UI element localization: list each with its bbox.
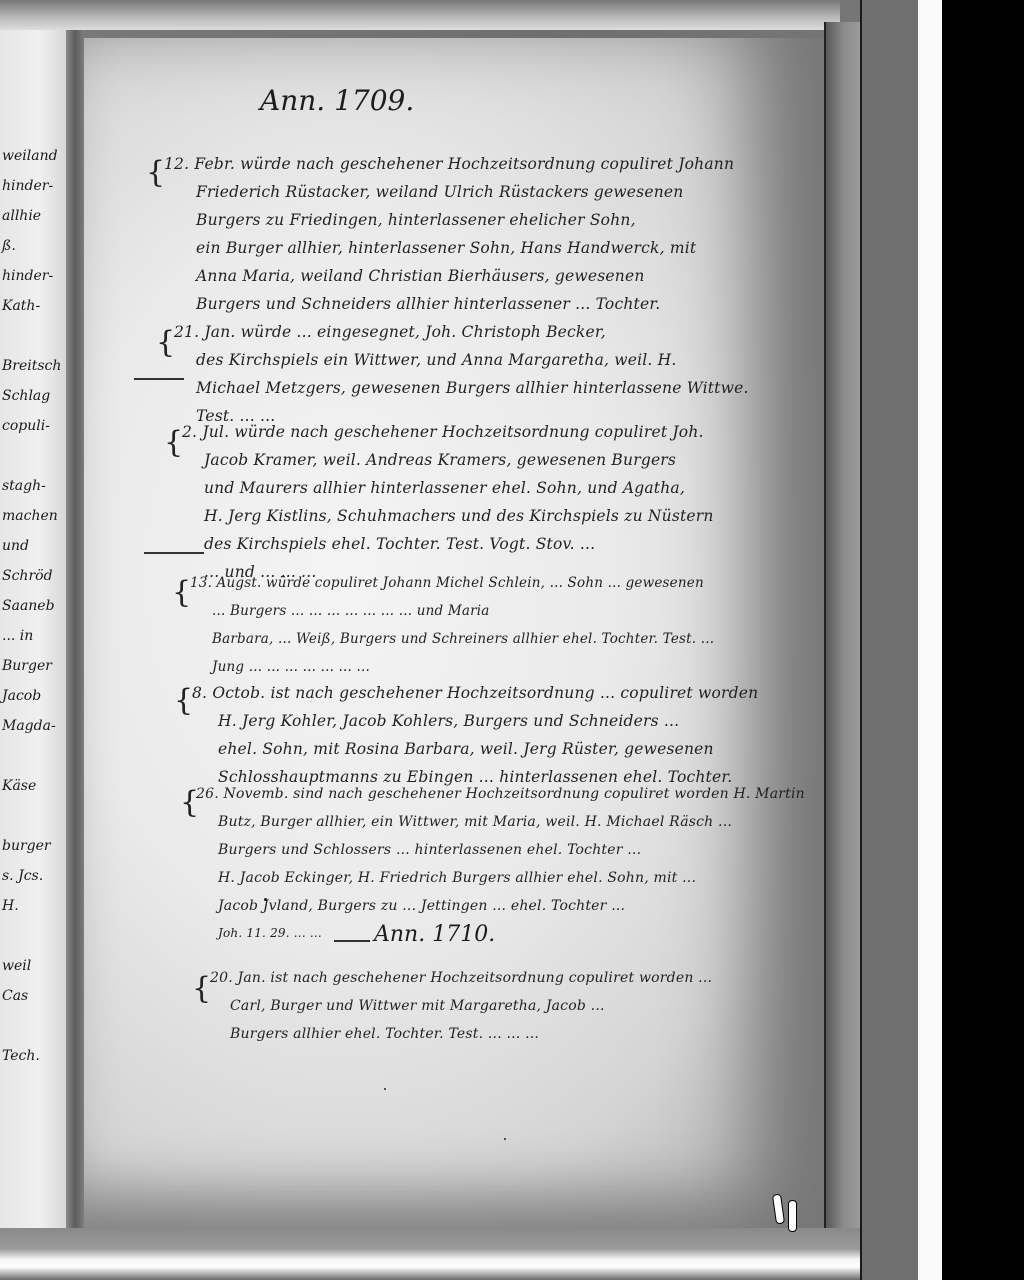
microfilm-frame: weilandhinder-allhieß.hinder-Kath-Breits… <box>0 0 1024 1280</box>
left-page-fragment: machen <box>2 508 58 524</box>
entry-3-line-4: H. Jerg Kistlins, Schuhmachers und des K… <box>204 507 714 525</box>
entry-2-line-2: des Kirchspiels ein Wittwer, und Anna Ma… <box>196 351 677 369</box>
entry-2-line-3: Michael Metzgers, gewesenen Burgers allh… <box>196 379 749 397</box>
entry-3-line-3: und Maurers allhier hinterlassener ehel.… <box>204 479 685 497</box>
entry-bracket: { <box>164 428 183 458</box>
entry-7-line-1: 20. Jan. ist nach geschehener Hochzeitso… <box>210 970 712 986</box>
entry-5-line-2: H. Jerg Kohler, Jacob Kohlers, Burgers u… <box>218 712 679 730</box>
entry-1-line-1: 12. Febr. würde nach geschehener Hochzei… <box>164 155 734 173</box>
entry-1-line-3: Burgers zu Friedingen, hinterlassener eh… <box>196 211 636 229</box>
entry-4-line-2: ... Burgers ... ... ... ... ... ... ... … <box>212 603 490 619</box>
page-right-edge <box>824 22 862 1228</box>
entry-2-line-1: 21. Jan. würde ... eingesegnet, Joh. Chr… <box>174 323 606 341</box>
left-page-fragment: Saaneb <box>2 598 55 614</box>
left-page-fragment: allhie <box>2 208 41 224</box>
entry-7-line-3: Burgers allhier ehel. Tochter. Test. ...… <box>230 1026 539 1042</box>
entry-bracket: { <box>192 974 211 1004</box>
left-page-fragment: Breitsch <box>2 358 61 374</box>
entry-6-line-4: H. Jacob Eckinger, H. Friedrich Burgers … <box>218 870 696 886</box>
left-page-fragment: H. <box>2 898 19 914</box>
left-page-fragment: hinder- <box>2 178 53 194</box>
film-mark <box>772 1194 785 1225</box>
year-heading-1710: Ann. 1710. <box>374 922 495 947</box>
left-page-fragment: Kath- <box>2 298 40 314</box>
left-page-fragment: ... in <box>2 628 33 644</box>
left-page-fragment: s. Jcs. <box>2 868 43 884</box>
film-edge-light <box>918 0 942 1280</box>
entry-3-line-2: Jacob Kramer, weil. Andreas Kramers, gew… <box>204 451 676 469</box>
left-page-fragment: Käse <box>2 778 36 794</box>
entry-3-line-5: des Kirchspiels ehel. Tochter. Test. Vog… <box>204 535 595 553</box>
page-top-edge <box>0 0 840 30</box>
left-page-fragment: hinder- <box>2 268 53 284</box>
entry-6-line-2: Butz, Burger allhier, ein Wittwer, mit M… <box>218 814 732 830</box>
entry-6-line-1: 26. Novemb. sind nach geschehener Hochze… <box>196 786 805 802</box>
left-page-fragment: Jacob <box>2 688 41 704</box>
paper-speck <box>504 1138 506 1140</box>
left-page-fragment: Schröd <box>2 568 53 584</box>
entry-bracket: { <box>146 158 165 188</box>
page-bottom-edge <box>0 1228 860 1280</box>
paper-speck <box>384 1088 386 1090</box>
left-page-fragment: Schlag <box>2 388 50 404</box>
film-frame-marks <box>770 1190 810 1240</box>
left-page-fragment: Burger <box>2 658 52 674</box>
left-page-fragment: weil <box>2 958 31 974</box>
heading-rule <box>334 940 370 942</box>
left-page-fragment: Cas <box>2 988 28 1004</box>
left-page-fragment: Tech. <box>2 1048 40 1064</box>
entry-7-line-2: Carl, Burger und Wittwer mit Margaretha,… <box>230 998 605 1014</box>
entry-3-line-1: 2. Jul. würde nach geschehener Hochzeits… <box>182 423 704 441</box>
left-page-fragment: ß. <box>2 238 16 254</box>
entry-4-line-4: Jung ... ... ... ... ... ... ... <box>212 659 370 675</box>
entry-6-line-6: Joh. 11. 29. ... ... <box>218 926 322 940</box>
left-page-fragment: copuli- <box>2 418 50 434</box>
left-page-fragment: weiland <box>2 148 58 164</box>
left-page-fragment: Magda- <box>2 718 56 734</box>
entry-5-line-4: Schlosshauptmanns zu Ebingen ... hinterl… <box>218 768 732 786</box>
entry-bracket: { <box>172 578 191 608</box>
left-page-fragment: burger <box>2 838 51 854</box>
year-heading-1709: Ann. 1709. <box>260 84 414 117</box>
scanner-board <box>860 0 922 1280</box>
entry-bracket: { <box>174 686 193 716</box>
film-mark <box>788 1200 797 1232</box>
left-page-fragment: stagh- <box>2 478 46 494</box>
entry-5-line-3: ehel. Sohn, mit Rosina Barbara, weil. Je… <box>218 740 714 758</box>
left-page-fragment: und <box>2 538 29 554</box>
entry-divider <box>144 552 204 554</box>
entry-1-line-5: Anna Maria, weiland Christian Bierhäuser… <box>196 267 645 285</box>
book-gutter <box>66 30 84 1230</box>
paper-speck <box>264 898 267 901</box>
entry-4-line-1: 13. Augst. würde copuliret Johann Michel… <box>190 575 704 591</box>
entry-6-line-3: Burgers und Schlossers ... hinterlassene… <box>218 842 641 858</box>
left-facing-page: weilandhinder-allhieß.hinder-Kath-Breits… <box>0 30 66 1230</box>
entry-4-line-3: Barbara, ... Weiß, Burgers und Schreiner… <box>212 631 714 647</box>
entry-1-line-6: Burgers und Schneiders allhier hinterlas… <box>196 295 660 313</box>
film-edge-dark <box>942 0 1024 1280</box>
entry-1-line-2: Friederich Rüstacker, weiland Ulrich Rüs… <box>196 183 683 201</box>
entry-bracket: { <box>156 328 175 358</box>
entry-6-line-5: Jacob Jvland, Burgers zu ... Jettingen .… <box>218 898 625 914</box>
register-page: Ann. 1709. { 12. Febr. würde nach gesche… <box>84 38 824 1228</box>
entry-5-line-1: 8. Octob. ist nach geschehener Hochzeits… <box>192 684 758 702</box>
entry-1-line-4: ein Burger allhier, hinterlassener Sohn,… <box>196 239 696 257</box>
entry-divider <box>134 378 184 380</box>
